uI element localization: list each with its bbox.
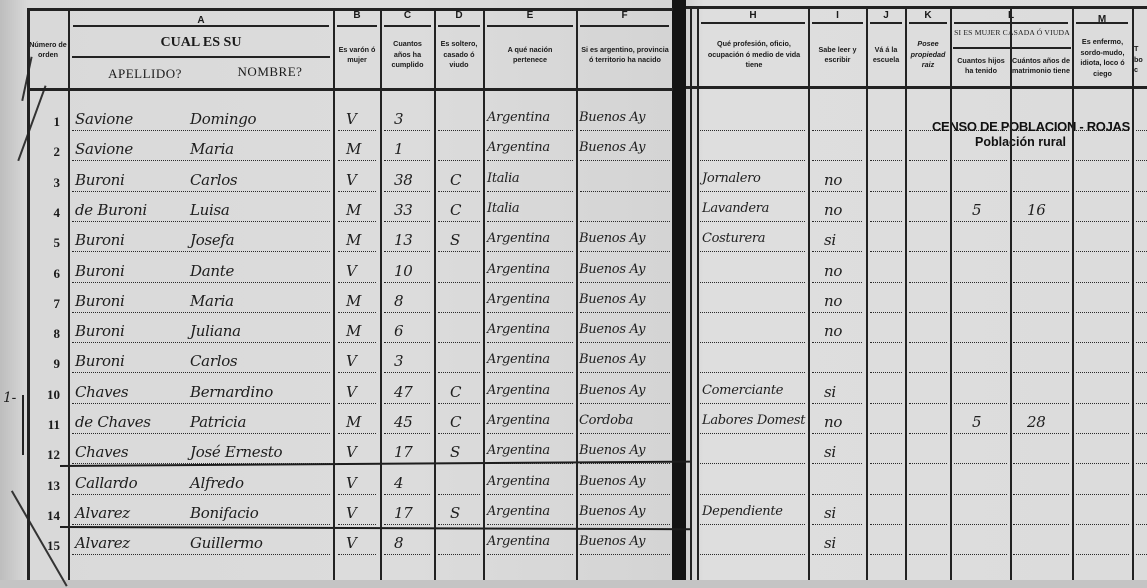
letter-underline — [438, 25, 480, 27]
literacy-cell: no — [824, 171, 842, 189]
dotted-rule — [338, 312, 376, 313]
age-cell: 38 — [394, 171, 413, 189]
age-cell: 47 — [394, 383, 413, 401]
surname-cell: Callardo — [75, 474, 137, 492]
dotted-rule — [700, 403, 805, 404]
dotted-rule — [72, 403, 330, 404]
age-cell: 1 — [394, 140, 403, 158]
dotted-rule — [700, 282, 805, 283]
dotted-rule — [1136, 130, 1147, 131]
dotted-rule — [1076, 554, 1129, 555]
province-cell: Buenos Ay — [579, 443, 645, 458]
dotted-rule — [1136, 160, 1147, 161]
dotted-rule — [812, 342, 862, 343]
header-d: Es soltero, casado ó viudo — [437, 30, 481, 80]
column-divider — [333, 8, 335, 580]
sex-cell: V — [346, 262, 357, 280]
dotted-rule — [812, 191, 862, 192]
row-number: 9 — [38, 356, 60, 372]
dotted-rule — [487, 494, 573, 495]
dotted-rule — [954, 191, 1007, 192]
sex-cell: M — [346, 322, 361, 340]
surname-cell: de Buroni — [75, 201, 147, 219]
sex-cell: V — [346, 352, 357, 370]
dotted-rule — [384, 130, 430, 131]
dotted-rule — [487, 282, 573, 283]
dotted-rule — [1013, 494, 1069, 495]
dotted-rule — [909, 342, 947, 343]
dotted-rule — [870, 463, 902, 464]
dotted-rule — [580, 312, 670, 313]
dotted-rule — [954, 372, 1007, 373]
header-letter-k: K — [906, 10, 950, 21]
row-number: 5 — [38, 235, 60, 251]
dotted-rule — [487, 554, 573, 555]
row-number: 4 — [38, 205, 60, 221]
dotted-rule — [812, 524, 862, 525]
surname-cell: Savione — [75, 140, 133, 158]
dotted-rule — [438, 221, 480, 222]
header-n-partial: T bo c — [1134, 40, 1146, 80]
dotted-rule — [700, 342, 805, 343]
given-name-cell: Luisa — [190, 201, 230, 219]
dotted-rule — [580, 191, 670, 192]
dotted-rule — [384, 312, 430, 313]
dotted-rule — [1136, 494, 1147, 495]
dotted-rule — [700, 130, 805, 131]
dotted-rule — [700, 191, 805, 192]
dotted-rule — [438, 554, 480, 555]
dotted-rule — [700, 463, 805, 464]
given-name-cell: Carlos — [190, 352, 237, 370]
dotted-rule — [72, 312, 330, 313]
dotted-rule — [438, 342, 480, 343]
dotted-rule — [1076, 160, 1129, 161]
marital-status-cell: C — [450, 171, 461, 189]
column-divider — [576, 8, 578, 580]
literacy-cell: no — [824, 201, 842, 219]
sex-cell: V — [346, 474, 357, 492]
margin-mark: 1- — [3, 390, 16, 406]
row-number: 3 — [38, 175, 60, 191]
marital-status-cell: C — [450, 413, 461, 431]
dotted-rule — [72, 342, 330, 343]
sex-cell: V — [346, 443, 357, 461]
province-cell: Buenos Ay — [579, 352, 645, 367]
literacy-cell: no — [824, 413, 842, 431]
given-name-cell: Juliana — [190, 322, 241, 340]
header-numero: Número de orden — [29, 14, 67, 86]
province-cell: Buenos Ay — [579, 140, 645, 155]
header-letter-f: F — [577, 10, 672, 21]
dotted-rule — [438, 191, 480, 192]
header-b: Es varón ó mujer — [336, 30, 378, 80]
province-cell: Cordoba — [579, 413, 633, 428]
age-cell: 3 — [394, 110, 403, 128]
dotted-rule — [338, 342, 376, 343]
dotted-rule — [700, 251, 805, 252]
header-apellido: APELLIDO? — [85, 66, 205, 82]
column-divider — [483, 8, 485, 580]
dotted-rule — [438, 403, 480, 404]
dotted-rule — [384, 372, 430, 373]
dotted-rule — [870, 524, 902, 525]
row-number: 13 — [38, 478, 60, 494]
dotted-rule — [954, 251, 1007, 252]
dotted-rule — [954, 282, 1007, 283]
dotted-rule — [1136, 372, 1147, 373]
given-name-cell: Maria — [190, 292, 234, 310]
dotted-rule — [1076, 221, 1129, 222]
dotted-rule — [700, 221, 805, 222]
occupation-cell: Dependiente — [702, 504, 783, 519]
page-bottom-edge — [0, 580, 1147, 588]
dotted-rule — [384, 524, 430, 525]
dotted-rule — [1136, 191, 1147, 192]
dotted-rule — [72, 221, 330, 222]
age-cell: 17 — [394, 443, 413, 461]
dotted-rule — [338, 282, 376, 283]
row-number: 2 — [38, 144, 60, 160]
dotted-rule — [72, 524, 330, 525]
province-cell: Buenos Ay — [579, 231, 645, 246]
occupation-cell: Labores Domest — [702, 413, 805, 428]
literacy-cell: no — [824, 322, 842, 340]
table-top-border-right — [686, 6, 1147, 9]
column-divider — [690, 6, 692, 580]
province-cell: Buenos Ay — [579, 474, 645, 489]
dotted-rule — [909, 160, 947, 161]
column-divider — [1072, 6, 1074, 580]
margin-bracket — [22, 395, 24, 455]
dotted-rule — [812, 372, 862, 373]
dotted-rule — [1136, 312, 1147, 313]
age-cell: 33 — [394, 201, 413, 219]
dotted-rule — [580, 433, 670, 434]
dotted-rule — [338, 191, 376, 192]
header-f: Si es argentino, provincia ó territorio … — [580, 30, 670, 80]
header-a-title: CUAL ES SU — [70, 35, 332, 51]
dotted-rule — [487, 221, 573, 222]
dotted-rule — [384, 554, 430, 555]
literacy-cell: no — [824, 262, 842, 280]
age-cell: 45 — [394, 413, 413, 431]
dotted-rule — [487, 403, 573, 404]
dotted-rule — [580, 463, 670, 464]
dotted-rule — [384, 342, 430, 343]
dotted-rule — [1013, 221, 1069, 222]
header-l-title: SI ES MUJER CASADA Ó VIUDA — [952, 28, 1072, 37]
sex-cell: V — [346, 534, 357, 552]
occupation-cell: Comerciante — [702, 383, 783, 398]
given-name-cell: Patricia — [190, 413, 246, 431]
surname-cell: Buroni — [75, 352, 125, 370]
dotted-rule — [487, 160, 573, 161]
surname-cell: de Chaves — [75, 413, 151, 431]
marital-status-cell: C — [450, 383, 461, 401]
dotted-rule — [1076, 494, 1129, 495]
column-divider — [27, 8, 30, 580]
dotted-rule — [812, 463, 862, 464]
header-letter-b: B — [334, 10, 380, 21]
dotted-rule — [487, 130, 573, 131]
dotted-rule — [580, 524, 670, 525]
children-count-cell: 5 — [972, 413, 981, 431]
literacy-cell: no — [824, 292, 842, 310]
dotted-rule — [1013, 282, 1069, 283]
dotted-rule — [384, 403, 430, 404]
dotted-rule — [812, 554, 862, 555]
dotted-rule — [700, 433, 805, 434]
dotted-rule — [384, 494, 430, 495]
dotted-rule — [438, 251, 480, 252]
given-name-cell: Alfredo — [190, 474, 244, 492]
header-j: Vá á la escuela — [868, 30, 904, 80]
marriage-years-cell: 16 — [1027, 201, 1046, 219]
header-letter-h: H — [698, 10, 808, 21]
dotted-rule — [700, 372, 805, 373]
province-cell: Buenos Ay — [579, 110, 645, 125]
dotted-rule — [1076, 524, 1129, 525]
dotted-rule — [1013, 554, 1069, 555]
dotted-rule — [580, 403, 670, 404]
header-bottom-border-right — [686, 86, 1147, 89]
column-divider — [950, 6, 952, 580]
dotted-rule — [909, 312, 947, 313]
row-number: 12 — [38, 447, 60, 463]
nationality-cell: Italia — [487, 201, 519, 216]
column-divider — [808, 6, 810, 580]
header-letter-j: J — [867, 10, 905, 21]
dotted-rule — [909, 282, 947, 283]
dotted-rule — [438, 433, 480, 434]
dotted-rule — [580, 130, 670, 131]
dotted-rule — [870, 312, 902, 313]
dotted-rule — [338, 433, 376, 434]
dotted-rule — [870, 342, 902, 343]
letter-underline — [487, 25, 573, 27]
given-name-cell: Carlos — [190, 171, 237, 189]
dotted-rule — [1076, 403, 1129, 404]
row-number: 8 — [38, 326, 60, 342]
dotted-rule — [384, 433, 430, 434]
age-cell: 3 — [394, 352, 403, 370]
nationality-cell: Argentina — [487, 443, 550, 458]
dotted-rule — [1013, 463, 1069, 464]
header-m: Es enfermo, sordo-mudo, idiota, loco ó c… — [1074, 32, 1131, 84]
sex-cell: M — [346, 231, 361, 249]
dotted-rule — [909, 524, 947, 525]
surname-cell: Savione — [75, 110, 133, 128]
dotted-rule — [438, 524, 480, 525]
dotted-rule — [1076, 191, 1129, 192]
dotted-rule — [1136, 251, 1147, 252]
dotted-rule — [1136, 221, 1147, 222]
dotted-rule — [338, 554, 376, 555]
row-number: 11 — [38, 417, 60, 433]
dotted-rule — [700, 554, 805, 555]
letter-underline — [701, 22, 805, 24]
dotted-rule — [580, 221, 670, 222]
sex-cell: V — [346, 110, 357, 128]
nationality-cell: Argentina — [487, 352, 550, 367]
dotted-rule — [700, 524, 805, 525]
dotted-rule — [438, 494, 480, 495]
dotted-rule — [1076, 312, 1129, 313]
occupation-cell: Lavandera — [702, 201, 769, 216]
header-l-hijos: Cuantos hijos ha tenido — [953, 48, 1009, 84]
age-cell: 17 — [394, 504, 413, 522]
literacy-cell: si — [824, 443, 836, 461]
surname-cell: Chaves — [75, 443, 128, 461]
nationality-cell: Argentina — [487, 140, 550, 155]
dotted-rule — [870, 494, 902, 495]
dotted-rule — [487, 191, 573, 192]
dotted-rule — [580, 251, 670, 252]
age-cell: 8 — [394, 534, 403, 552]
dotted-rule — [1136, 403, 1147, 404]
dotted-rule — [1076, 433, 1129, 434]
marital-status-cell: S — [450, 504, 460, 522]
dotted-rule — [438, 160, 480, 161]
dotted-rule — [870, 160, 902, 161]
row-number: 14 — [38, 508, 60, 524]
dotted-rule — [812, 282, 862, 283]
province-cell: Buenos Ay — [579, 534, 645, 549]
dotted-rule — [338, 221, 376, 222]
letter-underline — [73, 25, 329, 27]
dotted-rule — [384, 221, 430, 222]
header-a-divider — [72, 56, 330, 58]
province-cell: Buenos Ay — [579, 383, 645, 398]
header-l-anos: Cuántos años de matrimonio tiene — [1012, 48, 1070, 84]
dotted-rule — [1013, 403, 1069, 404]
header-letter-c: C — [381, 10, 434, 21]
given-name-cell: Maria — [190, 140, 234, 158]
dotted-rule — [1076, 463, 1129, 464]
census-stamp-subtitle: Población rural — [900, 135, 1066, 149]
dotted-rule — [1013, 524, 1069, 525]
marital-status-cell: S — [450, 231, 460, 249]
dotted-rule — [384, 160, 430, 161]
dotted-rule — [870, 221, 902, 222]
letter-underline — [337, 25, 377, 27]
dotted-rule — [487, 251, 573, 252]
dotted-rule — [72, 554, 330, 555]
dotted-rule — [72, 160, 330, 161]
dotted-rule — [338, 130, 376, 131]
occupation-cell: Jornalero — [702, 171, 761, 186]
dotted-rule — [870, 251, 902, 252]
province-cell: Buenos Ay — [579, 322, 645, 337]
header-h: Qué profesión, oficio, ocupación ó medio… — [702, 30, 806, 80]
dotted-rule — [1013, 342, 1069, 343]
literacy-cell: si — [824, 504, 836, 522]
surname-cell: Buroni — [75, 171, 125, 189]
dotted-rule — [954, 342, 1007, 343]
dotted-rule — [72, 130, 330, 131]
province-cell: Buenos Ay — [579, 262, 645, 277]
header-c: Cuantos años ha cumplido — [384, 30, 431, 80]
column-divider — [866, 6, 868, 580]
sex-cell: V — [346, 504, 357, 522]
sex-cell: M — [346, 413, 361, 431]
given-name-cell: Bernardino — [190, 383, 273, 401]
dotted-rule — [338, 160, 376, 161]
sex-cell: M — [346, 201, 361, 219]
dotted-rule — [870, 403, 902, 404]
dotted-rule — [909, 463, 947, 464]
dotted-rule — [580, 282, 670, 283]
literacy-cell: si — [824, 383, 836, 401]
province-cell: Buenos Ay — [579, 292, 645, 307]
marital-status-cell: C — [450, 201, 461, 219]
dotted-rule — [1076, 342, 1129, 343]
dotted-rule — [812, 221, 862, 222]
header-l-divider — [953, 47, 1071, 49]
dotted-rule — [954, 403, 1007, 404]
dotted-rule — [438, 282, 480, 283]
nationality-cell: Italia — [487, 171, 519, 186]
dotted-rule — [812, 494, 862, 495]
surname-cell: Chaves — [75, 383, 128, 401]
letter-underline — [1076, 22, 1128, 24]
dotted-rule — [909, 372, 947, 373]
dotted-rule — [909, 494, 947, 495]
dotted-rule — [438, 130, 480, 131]
row-number: 1 — [38, 114, 60, 130]
dotted-rule — [812, 403, 862, 404]
literacy-cell: si — [824, 231, 836, 249]
dotted-rule — [954, 524, 1007, 525]
dotted-rule — [1013, 433, 1069, 434]
dotted-rule — [1013, 160, 1069, 161]
nationality-cell: Argentina — [487, 262, 550, 277]
given-name-cell: José Ernesto — [190, 443, 282, 461]
dotted-rule — [1013, 312, 1069, 313]
dotted-rule — [812, 251, 862, 252]
dotted-rule — [487, 372, 573, 373]
dotted-rule — [72, 494, 330, 495]
dotted-rule — [72, 433, 330, 434]
surname-cell: Buroni — [75, 262, 125, 280]
dotted-rule — [1136, 282, 1147, 283]
dotted-rule — [812, 312, 862, 313]
dotted-rule — [909, 251, 947, 252]
dotted-rule — [1076, 282, 1129, 283]
dotted-rule — [384, 251, 430, 252]
age-cell: 6 — [394, 322, 403, 340]
column-divider — [380, 8, 382, 580]
nationality-cell: Argentina — [487, 474, 550, 489]
dotted-rule — [338, 494, 376, 495]
dotted-rule — [700, 312, 805, 313]
surname-cell: Alvarez — [75, 534, 130, 552]
dotted-rule — [700, 160, 805, 161]
dotted-rule — [812, 130, 862, 131]
sex-cell: V — [346, 383, 357, 401]
letter-underline — [870, 22, 902, 24]
dotted-rule — [384, 282, 430, 283]
age-cell: 13 — [394, 231, 413, 249]
dotted-rule — [954, 433, 1007, 434]
dotted-rule — [1013, 251, 1069, 252]
dotted-rule — [909, 221, 947, 222]
letter-underline — [580, 25, 669, 27]
header-i: Sabe leer y escribir — [811, 30, 864, 80]
dotted-rule — [870, 191, 902, 192]
dotted-rule — [72, 372, 330, 373]
